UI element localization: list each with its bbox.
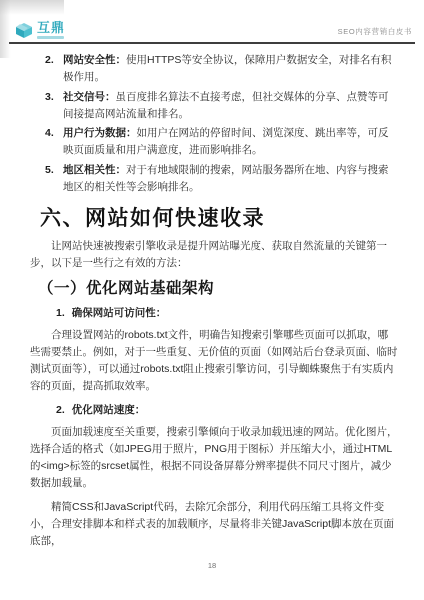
doc-title: SEO内容营销白皮书 xyxy=(338,26,412,39)
list-item-label: 社交信号： xyxy=(63,91,116,103)
logo-text: 互鼎 xyxy=(37,21,65,34)
step-number: 2. xyxy=(56,404,65,416)
step-number: 1. xyxy=(56,307,65,319)
page-body: 2.网站安全性：使用HTTPS等安全协议，保障用户数据安全，对排名有积极作用。 … xyxy=(0,44,424,550)
step-label: 优化网站速度： xyxy=(72,404,146,416)
brand-logo: 互鼎 xyxy=(14,21,65,39)
logo-text-block: 互鼎 xyxy=(37,21,65,39)
step-label: 确保网站可访问性： xyxy=(72,307,167,319)
list-item-number: 5. xyxy=(45,162,54,179)
page-footer: 18 xyxy=(0,561,424,570)
list-item-label: 用户行为数据： xyxy=(63,127,137,139)
chapter-intro: 让网站快速被搜索引擎收录是提升网站曝光度、获取自然流量的关键第一步，以下是一些行… xyxy=(30,238,398,272)
list-item: 3.社交信号：虽百度排名算法不直接考虑，但社交媒体的分享、点赞等可间接提高网站流… xyxy=(30,89,398,123)
page-header: 互鼎 SEO内容营销白皮书 xyxy=(0,0,424,42)
list-item-number: 4. xyxy=(45,125,54,142)
section-title: （一）优化网站基础架构 xyxy=(38,280,398,298)
chapter-title: 六、网站如何快速收录 xyxy=(40,206,398,232)
list-item-label: 网站安全性： xyxy=(63,54,126,66)
logo-tagline xyxy=(37,36,64,39)
list-item-number: 3. xyxy=(45,89,54,106)
logo-cube-icon xyxy=(14,22,34,39)
step-paragraph: 精简CSS和JavaScript代码，去除冗余部分，利用代码压缩工具将文件变小，… xyxy=(30,499,398,550)
list-item-number: 2. xyxy=(45,52,54,69)
list-item: 2.网站安全性：使用HTTPS等安全协议，保障用户数据安全，对排名有积极作用。 xyxy=(30,52,398,86)
list-item: 5.地区相关性：对于有地域限制的搜索，网站服务器所在地、内容与搜索地区的相关性等… xyxy=(30,162,398,196)
step-paragraph: 页面加载速度至关重要，搜索引擎倾向于收录加载迅速的网站。优化图片，选择合适的格式… xyxy=(30,424,398,492)
document-page: 互鼎 SEO内容营销白皮书 2.网站安全性：使用HTTPS等安全协议，保障用户数… xyxy=(0,0,424,600)
step-heading: 2.优化网站速度： xyxy=(56,402,398,419)
ranking-factors-list: 2.网站安全性：使用HTTPS等安全协议，保障用户数据安全，对排名有积极作用。 … xyxy=(30,52,398,196)
page-number: 18 xyxy=(208,561,216,570)
list-item-label: 地区相关性： xyxy=(63,164,126,176)
step-paragraph: 合理设置网站的robots.txt文件，明确告知搜索引擎哪些页面可以抓取，哪些需… xyxy=(30,327,398,395)
step-heading: 1.确保网站可访问性： xyxy=(56,305,398,322)
list-item: 4.用户行为数据：如用户在网站的停留时间、浏览深度、跳出率等，可反映页面质量和用… xyxy=(30,125,398,159)
